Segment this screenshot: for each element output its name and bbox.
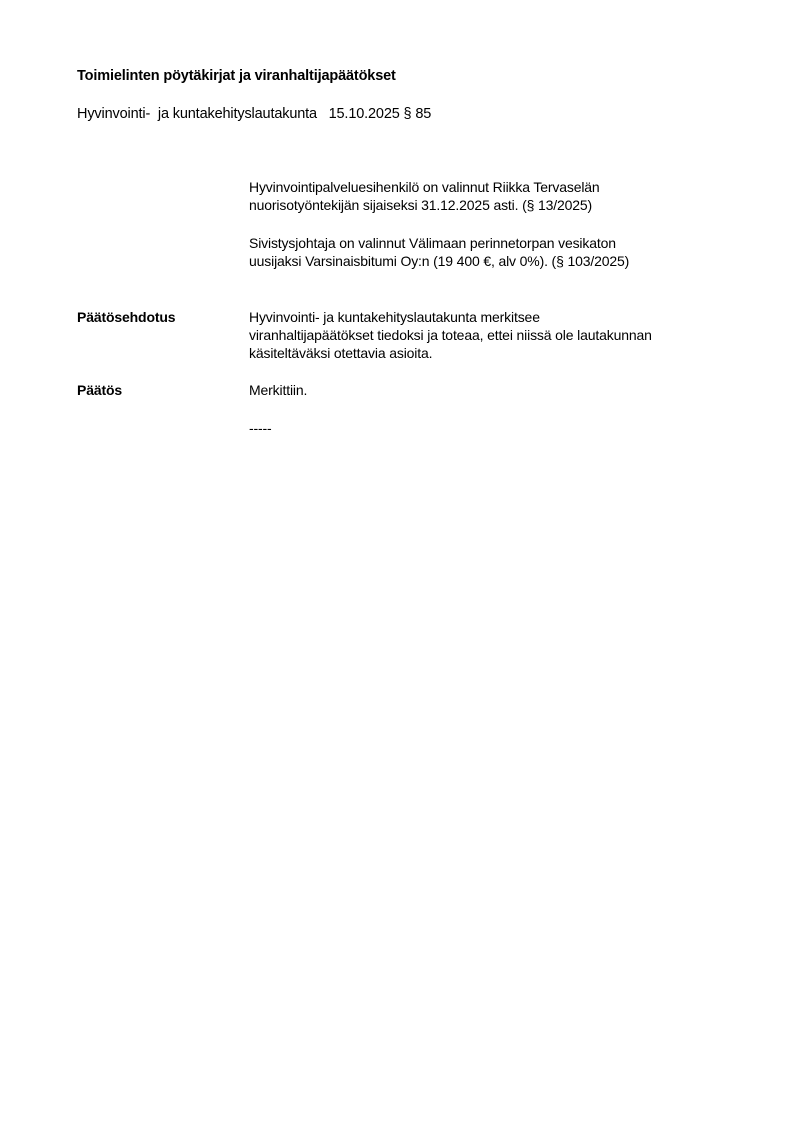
proposal-label: Päätösehdotus [77,308,175,326]
official-decision-item: Sivistysjohtaja on valinnut Välimaan per… [249,234,729,270]
document-page: Toimielinten pöytäkirjat ja viranhaltija… [0,0,794,1122]
official-decision-item: Hyvinvointipalveluesihenkilö on valinnut… [249,178,729,214]
meeting-reference: Hyvinvointi- ja kuntakehityslautakunta 1… [77,106,431,122]
proposal-text: Hyvinvointi- ja kuntakehityslautakunta m… [249,308,729,362]
decision-label: Päätös [77,381,122,399]
end-mark: ----- [249,419,729,437]
decision-text: Merkittiin. [249,381,729,399]
document-heading: Toimielinten pöytäkirjat ja viranhaltija… [77,68,396,84]
